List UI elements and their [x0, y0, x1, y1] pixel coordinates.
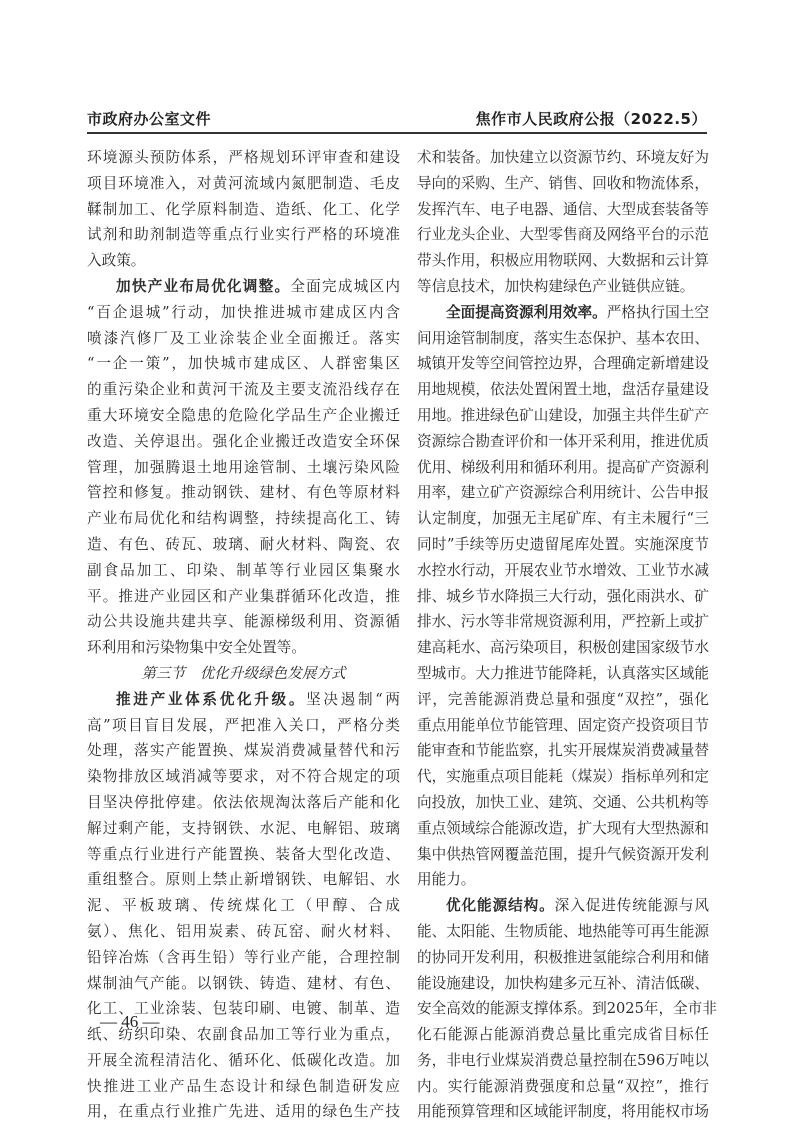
- paragraph-first-line: 全面提高资源利用效率。严格执行国土空: [417, 300, 709, 326]
- paragraph-first-line: 优化能源结构。深入促进传统能源与风: [417, 893, 709, 919]
- text-line: 管控和修复。推动钢铁、建材、有色等原材料: [87, 480, 400, 506]
- paragraph-heading: 全面提高资源利用效率。: [446, 304, 607, 321]
- text-line: 能、太阳能、生物质能、地热能等可再生能源: [417, 919, 709, 945]
- paragraph-heading: 推进产业体系优化升级。: [116, 691, 306, 708]
- text-line: 排水、污水等非常规资源利用，严控新上或扩: [417, 609, 709, 635]
- text-line: 开展全流程清洁化、循环化、低碳化改造。加: [87, 1048, 400, 1074]
- text-line: 喷漆汽修厂及工业涂装企业全面搬迁。落实: [87, 326, 400, 352]
- text-line: 高”项目盲目发展，严把准入关口，严格分类: [87, 713, 400, 739]
- text-line: 重大环境安全隐患的危险化学品生产企业搬迁: [87, 403, 400, 429]
- text-line: 泥、平板玻璃、传统煤化工（甲醇、合成: [87, 893, 400, 919]
- text-line: 等信息技术，加快构建绿色产业链供应链。: [417, 274, 709, 300]
- text-line: 项目环境准入，对黄河流域内氮肥制造、毛皮: [87, 171, 400, 197]
- text-line: “百企退城”行动，加快推进城市建成区内含: [87, 300, 400, 326]
- text-line: 管理，加强腾退土地用途管制、土壤污染风险: [87, 455, 400, 481]
- text-line: 煤制油气产能。以钢铁、铸造、建材、有色、: [87, 971, 400, 997]
- paragraph-heading: 加快产业布局优化调整。: [116, 278, 290, 295]
- text-line: 用地规模，依法处置闲置土地，盘活存量建设: [417, 377, 709, 403]
- text-line: 带头作用，积极应用物联网、大数据和云计算: [417, 248, 709, 274]
- text-line: 评，完善能源消费总量和强度“双控”，强化: [417, 687, 709, 713]
- text-line: 入政策。: [87, 248, 400, 274]
- left-column: 环境源头预防体系，严格规划环评审查和建设 项目环境准入，对黄河流域内氮肥制造、毛…: [87, 145, 400, 1122]
- paragraph-first-line: 加快产业布局优化调整。全面完成城区内: [87, 274, 400, 300]
- right-column: 术和装备。加快建立以资源节约、环境友好为 导向的采购、生产、销售、回收和物流体系…: [417, 145, 709, 1122]
- text-line: 安全高效的能源支撑体系。到2025年，全市非: [417, 996, 709, 1022]
- text-line: 代，实施重点项目能耗（煤炭）指标单列和定: [417, 764, 709, 790]
- text-line: 改造、关停退出。强化企业搬迁改造安全环保: [87, 429, 400, 455]
- text-line: 城镇开发等空间管控边界，合理确定新增建设: [417, 351, 709, 377]
- section-title: 第三节 优化升级绿色发展方式: [87, 661, 400, 687]
- text-line: 用，在重点行业推广先进、适用的绿色生产技: [87, 1099, 400, 1122]
- text-line: 重点领域综合能源改造，扩大现有大型热源和: [417, 816, 709, 842]
- text-line: 行业龙头企业、大型零售商及网络平台的示范: [417, 222, 709, 248]
- paragraph-first-line: 推进产业体系优化升级。坚决遏制“两: [87, 687, 400, 713]
- text-line: 的协同开发利用，积极推进氢能综合利用和储: [417, 945, 709, 971]
- text-line: 重点用能单位节能管理、固定资产投资项目节: [417, 713, 709, 739]
- header-publication-title: 焦作市人民政府公报（2022.5）: [476, 108, 707, 129]
- text-line: 内。实行能源消费强度和总量“双控”，推行: [417, 1074, 709, 1100]
- text-line: 氨）、焦化、铝用炭素、砖瓦窑、耐火材料、: [87, 919, 400, 945]
- text-line: 优用、梯级利用和循环利用。提高矿产资源利: [417, 455, 709, 481]
- text-line: 认定制度，加强无主尾矿库、有主未履行“三: [417, 506, 709, 532]
- header-rule: [87, 132, 707, 134]
- text-line: 重组整合。原则上禁止新增钢铁、电解铝、水: [87, 867, 400, 893]
- text-line: 的重污染企业和黄河干流及主要支流沿线存在: [87, 377, 400, 403]
- text-line: 用能力。: [417, 867, 709, 893]
- paragraph-heading: 优化能源结构。: [446, 897, 555, 914]
- text-line: 动公共设施共建共享、能源梯级利用、资源循: [87, 609, 400, 635]
- text-line: 排、城乡节水降损三大行动，强化雨洪水、矿: [417, 584, 709, 610]
- text-line: 平。推进产业园区和产业集群循环化改造，推: [87, 584, 400, 610]
- text-line: 环境源头预防体系，严格规划环评审查和建设: [87, 145, 400, 171]
- text-line: 建高耗水、高污染项目，积极创建国家级节水: [417, 635, 709, 661]
- text-line: 能设施建设，加快构建多元互补、清洁低碳、: [417, 971, 709, 997]
- text-line: 用地。推进绿色矿山建设，加强主共伴生矿产: [417, 403, 709, 429]
- text-line: 能审查和节能监察，扎实开展煤炭消费减量替: [417, 738, 709, 764]
- header-section-label: 市政府办公室文件: [87, 108, 211, 129]
- text-line: 化石能源占能源消费总量比重完成省目标任: [417, 1022, 709, 1048]
- text-line: 向投放，加快工业、建筑、交通、公共机构等: [417, 790, 709, 816]
- page-number: — 46 —: [100, 1012, 160, 1032]
- text-line: 务，非电行业煤炭消费总量控制在596万吨以: [417, 1048, 709, 1074]
- text-line: 水控水行动，开展农业节水增效、工业节水减: [417, 558, 709, 584]
- text-line: 快推进工业产品生态设计和绿色制造研发应: [87, 1074, 400, 1100]
- text-line: 术和装备。加快建立以资源节约、环境友好为: [417, 145, 709, 171]
- text-line: 环利用和污染物集中安全处置等。: [87, 635, 400, 661]
- text-line: 目坚决停批停建。依法依规淘汰落后产能和化: [87, 790, 400, 816]
- text-line: 产业布局优化和结构调整，持续提高化工、铸: [87, 506, 400, 532]
- text-line: 用能预算管理和区域能评制度，将用能权市场: [417, 1099, 709, 1122]
- text-line: 型城市。大力推进节能降耗，认真落实区域能: [417, 661, 709, 687]
- text-line: 发挥汽车、电子电器、通信、大型成套装备等: [417, 197, 709, 223]
- text-line: 资源综合勘查评价和一体开采利用，推进优质: [417, 429, 709, 455]
- text-line: 等重点行业进行产能置换、装备大型化改造、: [87, 842, 400, 868]
- running-header: 市政府办公室文件 焦作市人民政府公报（2022.5）: [87, 108, 707, 132]
- text-line: 解过剩产能，支持钢铁、水泥、电解铝、玻璃: [87, 816, 400, 842]
- text-line: 同时”手续等历史遗留尾库处置。实施深度节: [417, 532, 709, 558]
- text-line: 铅锌冶炼（含再生铅）等行业产能，合理控制: [87, 945, 400, 971]
- text-line: “一企一策”，加快城市建成区、人群密集区: [87, 351, 400, 377]
- text-line: 导向的采购、生产、销售、回收和物流体系，: [417, 171, 709, 197]
- text-line: 造、有色、砖瓦、玻璃、耐火材料、陶瓷、农: [87, 532, 400, 558]
- text-line: 处理，落实产能置换、煤炭消费减量替代和污: [87, 738, 400, 764]
- text-line: 副食品加工、印染、制革等行业园区集聚水: [87, 558, 400, 584]
- text-line: 集中供热管网覆盖范围，提升气候资源开发利: [417, 842, 709, 868]
- text-line: 试剂和助剂制造等重点行业实行严格的环境准: [87, 222, 400, 248]
- text-line: 染物排放区域消减等要求，对不符合规定的项: [87, 764, 400, 790]
- text-line: 鞣制加工、化学原料制造、造纸、化工、化学: [87, 197, 400, 223]
- text-line: 间用途管制制度，落实生态保护、基本农田、: [417, 326, 709, 352]
- text-line: 用率，建立矿产资源综合利用统计、公告申报: [417, 480, 709, 506]
